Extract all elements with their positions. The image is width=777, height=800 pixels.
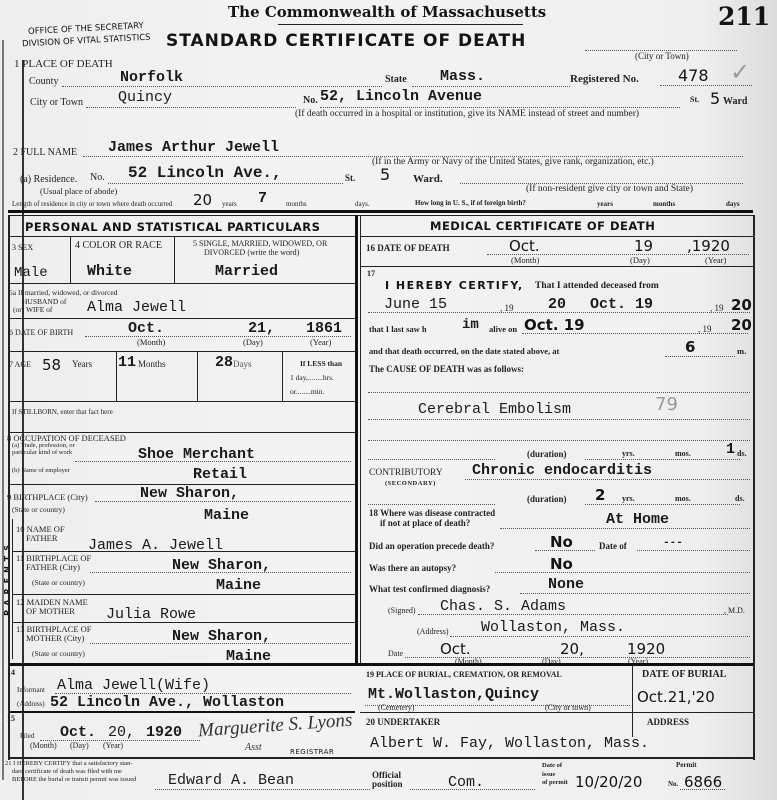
city-label: City or Town xyxy=(30,97,83,108)
undertaker-label: 20 UNDERTAKER xyxy=(366,717,440,727)
attended-from-year: 20 xyxy=(548,296,566,313)
issuer-value: Edward A. Bean xyxy=(168,772,294,789)
spouse-label-3: (or) WIFE of xyxy=(13,305,52,314)
informant-address-label: (Address) xyxy=(17,700,45,708)
dod-month-caption: (Month) xyxy=(511,255,539,265)
marital-label-1: 5 SINGLE, MARRIED, WIDOWED, OR xyxy=(193,239,327,248)
permit-certify-line-3: BEFORE the burial or transit permit was … xyxy=(12,776,136,783)
physician-value: Chas. S. Adams xyxy=(440,598,566,615)
alive-on-label: alive on xyxy=(489,324,517,334)
dod-day-caption: (Day) xyxy=(630,255,650,265)
less-than-label-3: or........min. xyxy=(290,387,324,396)
dob-year-caption: (Year) xyxy=(310,337,331,347)
filed-year-value: 1920 xyxy=(146,724,182,741)
m-label: m. xyxy=(737,346,746,356)
last-saw-year: 20 xyxy=(731,316,752,334)
spouse-row-rule xyxy=(8,318,355,319)
burial-place-value: Mt.Wollaston,Quincy xyxy=(368,686,539,703)
contributory-duration-values-line xyxy=(585,504,740,505)
dob-month-value: Oct. xyxy=(128,320,164,337)
less-than-label-1: If LESS than xyxy=(300,359,342,368)
cause-line-2 xyxy=(368,419,750,420)
marital-label-2: DIVORCED (write the word) xyxy=(204,248,299,257)
street-line xyxy=(320,107,680,108)
burial-date-label: DATE OF BURIAL xyxy=(642,669,726,680)
father-bp-state-label: (State or country) xyxy=(32,578,85,587)
contributory-label: CONTRIBUTORY xyxy=(369,468,443,478)
certificate-title: STANDARD CERTIFICATE OF DEATH xyxy=(166,31,526,51)
age-years-value: 58 xyxy=(42,356,61,374)
trade-label-1: (a) Trade, profession, or xyxy=(12,442,75,449)
asst-annotation: Asst xyxy=(245,742,262,753)
dob-day-value: 21, xyxy=(248,320,275,337)
city-or-town-caption: (City or Town) xyxy=(635,51,689,61)
full-name-label: 2 FULL NAME xyxy=(13,147,77,158)
length-years-value: 20 xyxy=(193,191,212,209)
secondary-label: (SECONDARY) xyxy=(385,480,436,487)
permit-label-2: No. xyxy=(668,780,678,788)
operation-value: No xyxy=(550,533,573,551)
street-value: 52, Lincoln Avenue xyxy=(320,88,482,105)
contracted-value: At Home xyxy=(606,511,669,528)
dob-year-value: 1861 xyxy=(306,320,342,337)
father-bp-state-value: Maine xyxy=(216,577,261,594)
state-value: Mass. xyxy=(440,68,485,85)
age-years-divider xyxy=(116,351,117,401)
spouse-value: Alma Jewell xyxy=(87,299,186,316)
cause-code-annotation: 79 xyxy=(655,394,678,415)
residence-sub-caption: (Usual place of abode) xyxy=(40,186,117,196)
stillborn-label: If STILLBORN, enter that fact here xyxy=(12,408,113,416)
residence-ward-label: Ward. xyxy=(413,173,443,185)
trade-label-2: particular kind of work xyxy=(12,449,72,456)
md-label: , M.D. xyxy=(724,606,745,615)
filed-month-value: Oct. xyxy=(60,724,96,741)
race-label: 4 COLOR OR RACE xyxy=(75,240,162,251)
cemetery-caption: (Cemetery) xyxy=(378,703,414,712)
birthplace-label: 9 BIRTHPLACE (City) xyxy=(7,492,88,502)
race-cell-divider xyxy=(174,236,175,284)
foreign-years-label: years xyxy=(597,200,613,208)
age-months-value: 11 xyxy=(118,354,136,371)
ward-value: 5 xyxy=(710,89,720,108)
filed-month-caption: (Month) xyxy=(30,741,57,750)
test-value: None xyxy=(548,576,584,593)
dod-year-value: ,1920 xyxy=(687,237,730,255)
operation-date-value: --- xyxy=(663,537,683,549)
dod-day-value: 19 xyxy=(634,237,653,255)
operation-date-line xyxy=(637,550,750,551)
parents-side-rule xyxy=(12,519,13,659)
sex-cell-divider xyxy=(70,236,71,284)
birthplace-state-value: Maine xyxy=(204,507,249,524)
race-value: White xyxy=(87,263,132,280)
autopsy-label: Was there an autopsy? xyxy=(369,563,456,573)
permit-certify-line-2: dard certificate of death was filed with… xyxy=(12,768,122,775)
operation-date-label: Date of xyxy=(599,541,627,551)
sign-date-label: Date xyxy=(388,649,403,658)
mother-bp-city-value: New Sharon, xyxy=(172,628,271,645)
section-divider-top-thin xyxy=(8,215,753,216)
permit-no-value: 6866 xyxy=(684,773,722,791)
section-divider-top xyxy=(8,210,753,213)
mother-row-rule xyxy=(12,622,355,623)
residence-value: 52 Lincoln Ave., xyxy=(128,164,282,182)
filed-year-caption: (Year) xyxy=(103,741,123,750)
registrar-label: REGISTRAR xyxy=(290,748,334,756)
personal-header-rule xyxy=(8,236,355,237)
issuer-line xyxy=(155,789,370,790)
certify-text: That I attended deceased from xyxy=(535,281,659,291)
sign-month-value: Oct. xyxy=(440,640,471,658)
sex-value: Male xyxy=(14,265,48,281)
employer-label: (b) Name of employer xyxy=(12,467,70,474)
contributory-duration-label: (duration) xyxy=(527,494,567,504)
city-value: Quincy xyxy=(118,89,172,106)
registrar-signature: Marguerite S. Lyons xyxy=(197,710,353,743)
last-saw-label: that I last saw h xyxy=(369,324,427,334)
informant-address-value: 52 Lincoln Ave., Wollaston xyxy=(50,694,284,711)
primary-yrs-label: yrs. xyxy=(622,449,635,458)
signed-label: (Signed) xyxy=(388,606,416,615)
filed-day-caption: (Day) xyxy=(70,741,89,750)
dod-label: 16 DATE OF DEATH xyxy=(366,243,450,253)
years-label: years xyxy=(222,200,237,208)
primary-duration-line xyxy=(368,459,495,460)
father-bp-row-rule xyxy=(12,594,355,595)
state-label: State xyxy=(385,74,407,85)
section-divider-bottom xyxy=(8,663,755,666)
permit-label-1: Permit xyxy=(676,761,697,769)
physician-address-label: (Address) xyxy=(417,627,449,636)
form-right-border xyxy=(753,215,755,760)
city-line xyxy=(86,107,296,108)
dod-month-value: Oct. xyxy=(509,237,540,255)
city-or-town-burial-caption: (City or town) xyxy=(545,703,591,712)
sign-day-value: 20, xyxy=(560,640,584,658)
hospital-note: (If death occurred in a hospital or inst… xyxy=(295,109,639,119)
cause-line-3 xyxy=(368,440,750,441)
filed-day-value: 20, xyxy=(108,724,135,741)
mother-bp-state-label: (State or country) xyxy=(32,649,85,658)
residence-no-label: No. xyxy=(90,172,105,183)
age-days-label: Days xyxy=(233,359,252,369)
issue-label-1: Date of xyxy=(542,762,562,769)
residence-ward-value: 5 xyxy=(380,165,390,184)
age-row-rule xyxy=(8,401,355,402)
cause-label: The CAUSE OF DEATH was as follows: xyxy=(369,364,524,374)
ward-label: Ward xyxy=(723,96,747,107)
contributory-line xyxy=(465,479,750,480)
months-label: months xyxy=(286,200,307,208)
contributory-yrs-label: yrs. xyxy=(622,494,635,503)
form-left-border xyxy=(8,215,10,760)
test-label: What test confirmed diagnosis? xyxy=(369,584,490,594)
medical-section-title: MEDICAL CERTIFICATE OF DEATH xyxy=(430,219,655,233)
attended-to-value: Oct. 19 xyxy=(590,296,653,313)
primary-duration-label: (duration) xyxy=(527,449,567,459)
primary-mos-label: mos. xyxy=(675,449,691,458)
contributory-mos-label: mos. xyxy=(675,494,691,503)
check-mark-icon: ✓ xyxy=(730,58,750,86)
sign-year-value: 1920 xyxy=(627,640,665,658)
mother-value: Julia Rowe xyxy=(106,606,196,623)
nonresident-note: (If non-resident give city or town and S… xyxy=(526,184,693,194)
issue-date-value: 10/20/20 xyxy=(575,773,642,791)
full-name-value: James Arthur Jewell xyxy=(108,139,279,156)
father-label-2: FATHER xyxy=(26,533,58,543)
county-value: Norfolk xyxy=(120,69,183,86)
age-months-divider xyxy=(197,351,198,401)
age-months-label: Months xyxy=(138,359,166,369)
primary-duration-ds-value: 1 xyxy=(726,441,735,458)
dob-day-caption: (Day) xyxy=(243,337,263,347)
mother-label-2: OF MOTHER xyxy=(26,606,75,616)
sex-row-rule xyxy=(8,283,355,284)
last-saw-him-value: im xyxy=(462,317,479,333)
age-label: 7 AGE xyxy=(9,360,31,369)
undertaker-row-rule xyxy=(340,757,755,759)
birthplace-city-value: New Sharon, xyxy=(140,485,239,502)
burial-date-divider xyxy=(632,665,633,737)
physician-address-line xyxy=(450,636,750,637)
foreign-months-label: months xyxy=(653,200,675,208)
item-17-number: 17 xyxy=(367,269,375,278)
autopsy-line xyxy=(495,572,750,573)
father-bp-label-2: FATHER (City) xyxy=(26,562,80,572)
marital-value: Married xyxy=(215,263,278,280)
issue-label-3: of permit xyxy=(542,779,568,786)
county-label: County xyxy=(29,76,58,87)
commonwealth-title: The Commonwealth of Massachusetts xyxy=(228,3,546,21)
father-row-rule xyxy=(12,551,355,552)
dod-year-caption: (Year) xyxy=(705,255,726,265)
autopsy-value: No xyxy=(550,555,573,573)
last-saw-date-value: Oct. 19 xyxy=(524,316,585,334)
foreign-days-label: days xyxy=(726,200,740,208)
page-number: 211 xyxy=(718,2,770,31)
time-line xyxy=(665,356,735,357)
informant-value: Alma Jewell(Wife) xyxy=(57,677,210,694)
dod-row-rule xyxy=(360,266,753,267)
dob-label: 6 DATE OF BIRTH xyxy=(9,328,73,337)
mother-bp-label-2: MOTHER (City) xyxy=(26,633,84,643)
contributory-ds-label: ds. xyxy=(735,494,745,503)
binding-edge xyxy=(2,40,4,780)
cause-value: Cerebral Embolism xyxy=(418,401,571,418)
foreign-birth-label: How long in U. S., if of foreign birth? xyxy=(415,199,526,207)
burial-date-value: Oct.21,'20 xyxy=(637,688,715,706)
operation-label: Did an operation precede death? xyxy=(369,541,494,551)
official-label-2: position xyxy=(372,779,403,789)
primary-duration-values-line xyxy=(585,459,740,460)
residence-st-label: St. xyxy=(345,173,355,183)
burial-place-label: 19 PLACE OF BURIAL, CREMATION, OR REMOVA… xyxy=(366,670,562,679)
informant-label: Informant xyxy=(17,686,45,694)
issue-label-2: issue xyxy=(542,771,555,778)
title-underline xyxy=(278,24,523,25)
burial-row-rule xyxy=(360,712,753,713)
employer-value: Retail xyxy=(193,466,247,483)
death-certificate-page: The Commonwealth of Massachusetts 211 OF… xyxy=(0,0,777,800)
less-than-label-2: 1 day,........hrs. xyxy=(290,373,334,382)
registered-no-label: Registered No. xyxy=(570,73,639,85)
contributory-value: Chronic endocarditis xyxy=(472,462,652,479)
column-divider xyxy=(355,215,358,665)
attended-from-value: June 15 xyxy=(384,296,447,313)
dob-row-rule xyxy=(8,351,355,352)
undertaker-value: Albert W. Fay, Wollaston, Mass. xyxy=(370,735,649,752)
street-no-label: No. xyxy=(303,95,318,106)
primary-ds-label: ds. xyxy=(737,449,747,458)
age-years-label: Years xyxy=(72,359,92,369)
certify-heading: I HEREBY CERTIFY, xyxy=(385,279,524,292)
time-value: 6 xyxy=(685,338,695,356)
dob-month-caption: (Month) xyxy=(137,337,165,347)
cause-line-1 xyxy=(368,392,750,393)
undertaker-address-label: ADDRESS xyxy=(647,717,689,727)
occurred-label: and that death occurred, on the date sta… xyxy=(369,346,559,356)
registered-no-value: 478 xyxy=(678,66,709,85)
contributory-duration-yrs-value: 2 xyxy=(595,486,605,504)
state-line xyxy=(412,86,570,87)
filed-label: Filed xyxy=(20,732,34,740)
column-divider-thin xyxy=(360,215,361,665)
contracted-line xyxy=(500,528,750,529)
filed-row-rule xyxy=(8,757,355,759)
days-label: days. xyxy=(355,200,370,208)
attended-nineteen-2: , 19 xyxy=(710,303,724,313)
occupation-value: Shoe Merchant xyxy=(138,446,255,463)
army-note: (If in the Army or Navy of the United St… xyxy=(372,157,654,167)
place-of-death-label: 1 PLACE OF DEATH xyxy=(14,58,113,70)
county-line xyxy=(62,86,382,87)
birthplace-state-label: (State or country) xyxy=(12,505,65,514)
attended-to-year: 20 xyxy=(731,296,752,314)
father-bp-city-value: New Sharon, xyxy=(172,557,271,574)
age-days-value: 28 xyxy=(215,354,233,371)
contracted-label-2: if not at place of death? xyxy=(380,518,470,528)
st-label: St. xyxy=(690,95,699,104)
contributory-duration-line xyxy=(368,504,495,505)
residence-line xyxy=(108,183,343,184)
attended-nineteen-1: , 19 xyxy=(500,303,514,313)
age-days-divider xyxy=(282,351,283,401)
physician-address-value: Wollaston, Mass. xyxy=(481,619,625,636)
length-months-value: 7 xyxy=(258,190,267,207)
spouse-label-1: 5a If married, widowed, or divorced xyxy=(9,288,118,297)
position-value: Com. xyxy=(448,774,484,791)
sex-label: 3 SEX xyxy=(12,243,33,252)
length-of-residence-label: Length of residence in city or town wher… xyxy=(12,200,172,208)
personal-section-title: PERSONAL AND STATISTICAL PARTICULARS xyxy=(25,220,320,234)
test-line xyxy=(520,593,750,594)
last-saw-nineteen: , 19 xyxy=(698,324,712,334)
contracted-label-1: 18 Where was disease contracted xyxy=(369,508,495,518)
residence-label: (a) Residence. xyxy=(20,174,77,185)
permit-certify-line-1: 21 I HEREBY CERTIFY that a satisfactory … xyxy=(5,760,132,767)
